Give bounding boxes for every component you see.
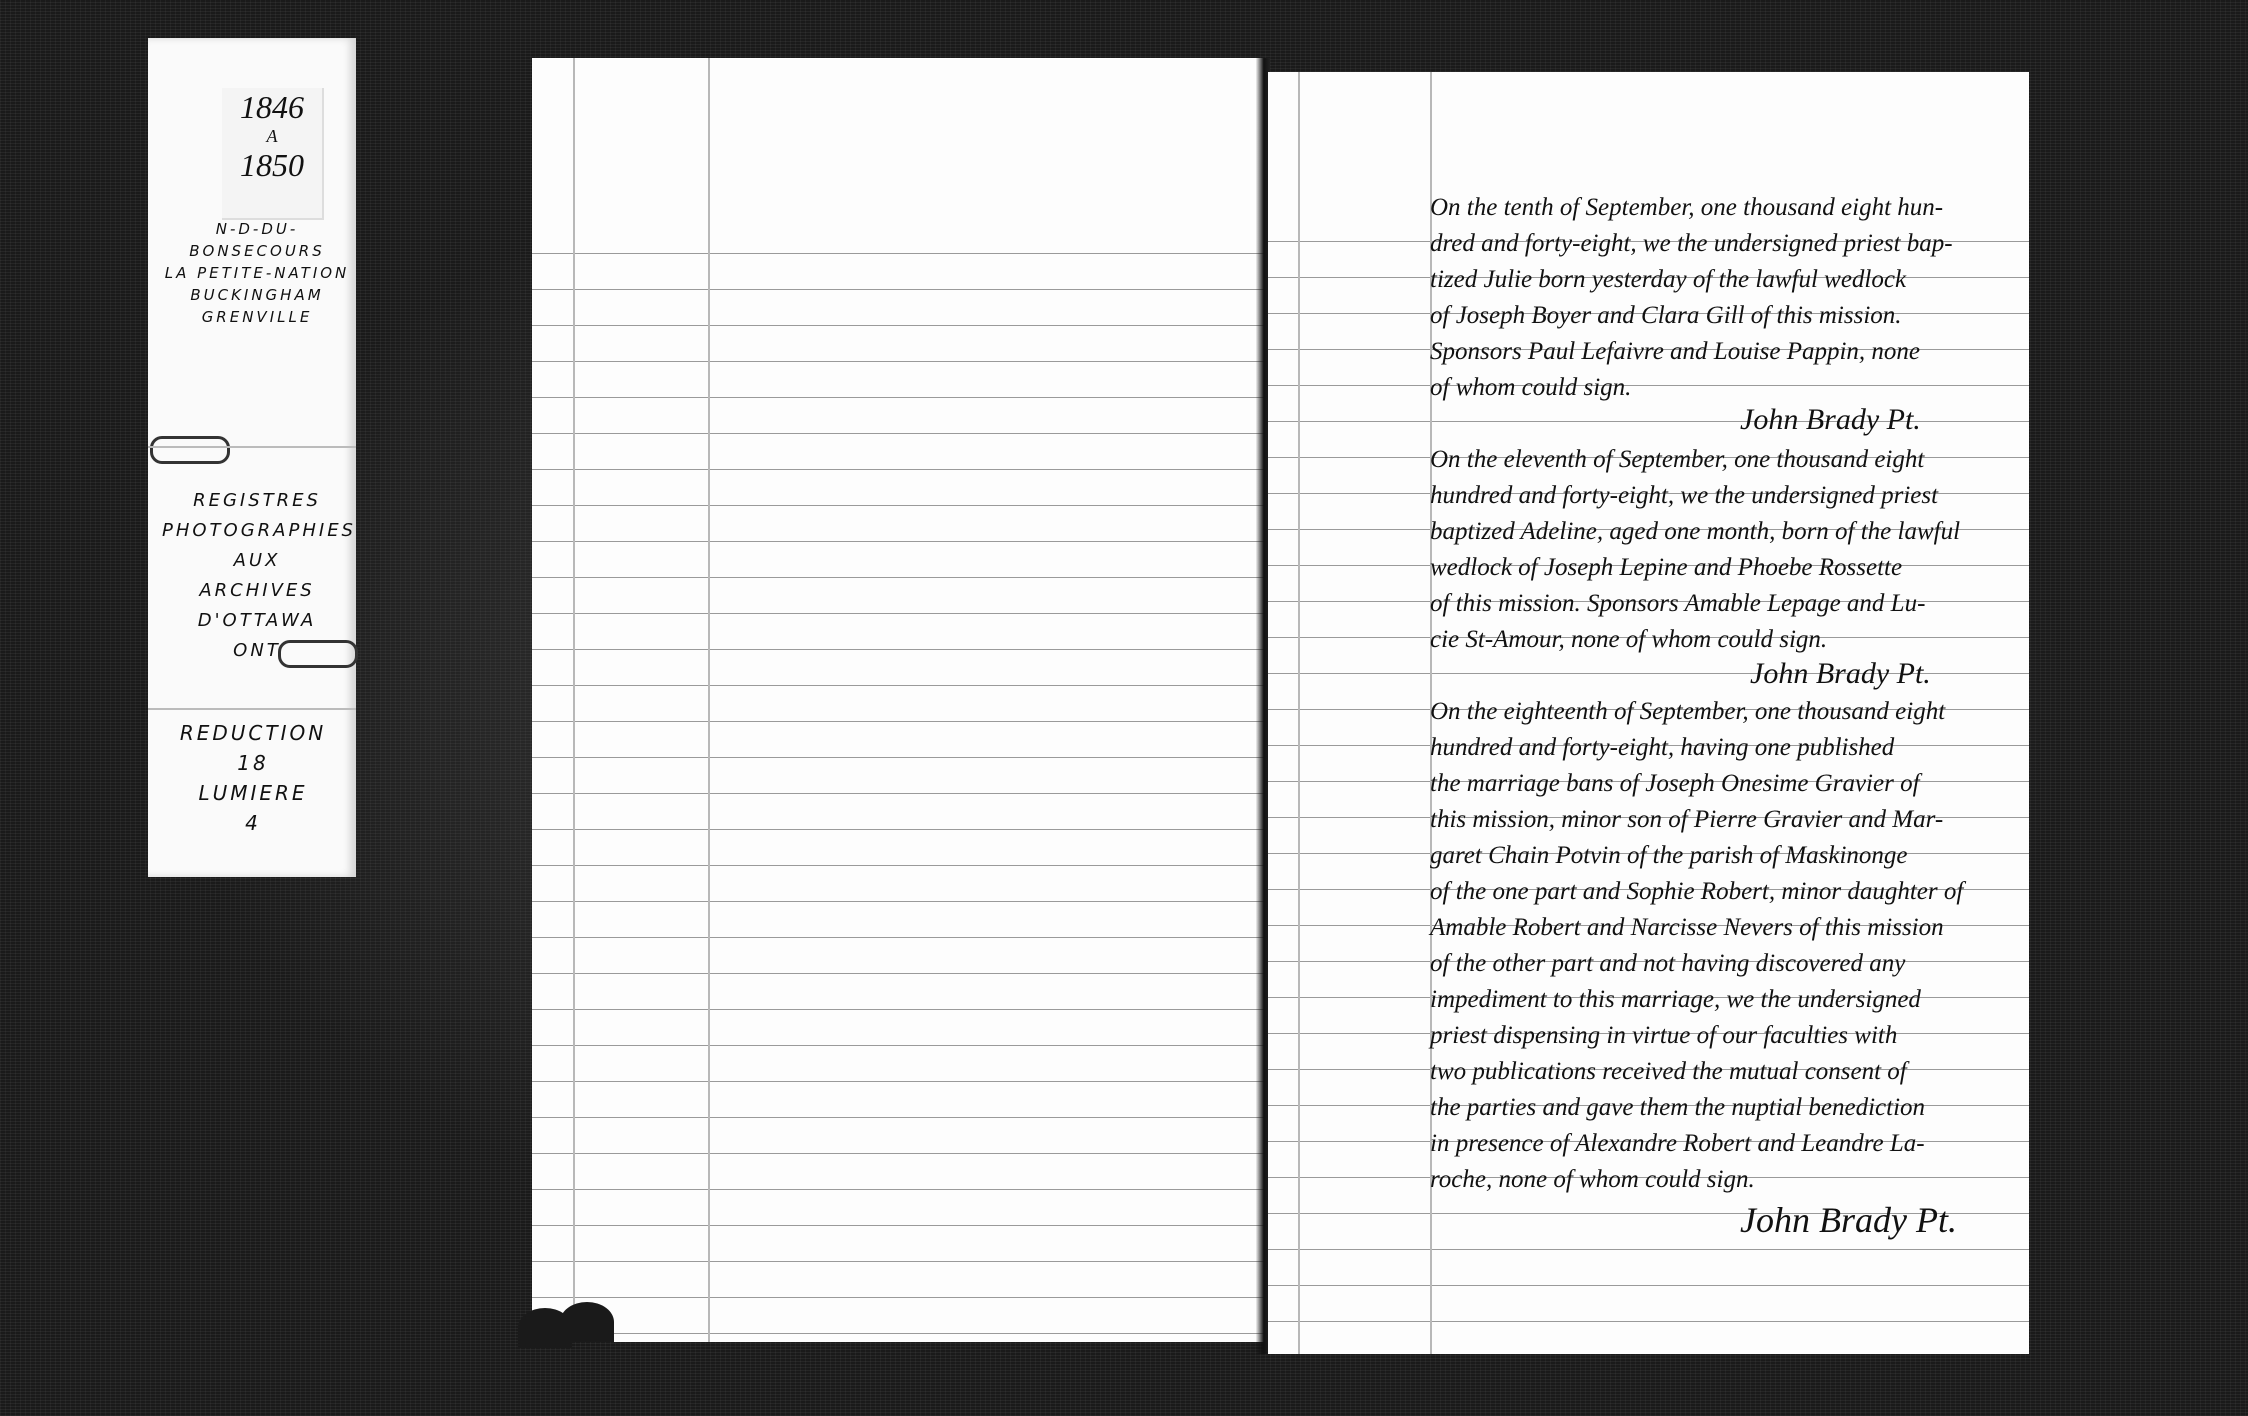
entry-line: of whom could sign. bbox=[1430, 370, 1631, 406]
card-archive-section: REGISTRES PHOTOGRAPHIES AUX ARCHIVES D'O… bbox=[148, 446, 356, 710]
reduction-label: REDUCTION bbox=[158, 718, 348, 748]
entry-line: On the eighteenth of September, one thou… bbox=[1430, 694, 1945, 730]
lumiere-label: LUMIERE bbox=[158, 778, 348, 808]
entry-line: dred and forty-eight, we the undersigned… bbox=[1430, 226, 1953, 262]
priest-signature: John Brady Pt. bbox=[1750, 656, 1931, 692]
entry-line: Sponsors Paul Lefaivre and Louise Pappin… bbox=[1430, 334, 1920, 370]
archive-note: REGISTRES PHOTOGRAPHIES AUX ARCHIVES D'O… bbox=[162, 486, 352, 666]
entry-line: baptized Adeline, aged one month, born o… bbox=[1430, 514, 1960, 550]
entry-line: impediment to this marriage, we the unde… bbox=[1430, 982, 1921, 1018]
entry-line: of the one part and Sophie Robert, minor… bbox=[1430, 874, 1963, 910]
archive-label-card: 1846 A 1850 N-D-DU-BONSECOURS LA PETITE-… bbox=[148, 38, 356, 877]
year-separator: A bbox=[222, 126, 322, 146]
margin-line bbox=[708, 58, 710, 1342]
archive-line: D'OTTAWA bbox=[162, 606, 352, 636]
entry-line: On the eleventh of September, one thousa… bbox=[1430, 442, 1924, 478]
entry-line: garet Chain Potvin of the parish of Mask… bbox=[1430, 838, 1908, 874]
entry-line: cie St-Amour, none of whom could sign. bbox=[1430, 622, 1827, 658]
entry-line: hundred and forty-eight, we the undersig… bbox=[1430, 478, 1938, 514]
page-header-space bbox=[532, 58, 1268, 218]
archive-line: AUX bbox=[162, 546, 352, 576]
margin-line bbox=[1298, 72, 1300, 1354]
entry-line: tized Julie born yesterday of the lawful… bbox=[1430, 262, 1906, 298]
reduction-value: 18 bbox=[158, 748, 348, 778]
parish-line: LA PETITE-NATION bbox=[162, 262, 352, 284]
archive-line: REGISTRES bbox=[162, 486, 352, 516]
entry-line: this mission, minor son of Pierre Gravie… bbox=[1430, 802, 1943, 838]
entry-line: hundred and forty-eight, having one publ… bbox=[1430, 730, 1894, 766]
entry-line: the marriage bans of Joseph Onesime Grav… bbox=[1430, 766, 1920, 802]
entry-line: On the tenth of September, one thousand … bbox=[1430, 190, 1943, 226]
lumiere-value: 4 bbox=[158, 808, 348, 838]
torn-corner bbox=[560, 1302, 614, 1342]
entry-line: Amable Robert and Narcisse Nevers of thi… bbox=[1430, 910, 1944, 946]
archive-line: ARCHIVES bbox=[162, 576, 352, 606]
entry-line: wedlock of Joseph Lepine and Phoebe Ross… bbox=[1430, 550, 1902, 586]
paper-clip-icon bbox=[278, 640, 358, 668]
entry-line: in presence of Alexandre Robert and Lean… bbox=[1430, 1126, 1925, 1162]
card-date-section: 1846 A 1850 N-D-DU-BONSECOURS LA PETITE-… bbox=[148, 38, 356, 438]
parish-names: N-D-DU-BONSECOURS LA PETITE-NATION BUCKI… bbox=[162, 218, 352, 328]
start-year: 1846 bbox=[222, 88, 322, 126]
entry-line: two publications received the mutual con… bbox=[1430, 1054, 1907, 1090]
priest-signature: John Brady Pt. bbox=[1740, 1202, 1957, 1238]
reduction-info: REDUCTION 18 LUMIERE 4 bbox=[158, 718, 348, 838]
entry-line: roche, none of whom could sign. bbox=[1430, 1162, 1755, 1198]
priest-signature: John Brady Pt. bbox=[1740, 402, 1921, 438]
card-reduction-section: REDUCTION 18 LUMIERE 4 bbox=[148, 708, 356, 877]
parish-line: BUCKINGHAM bbox=[162, 284, 352, 306]
parish-line: N-D-DU-BONSECOURS bbox=[162, 218, 352, 262]
entry-line: priest dispensing in virtue of our facul… bbox=[1430, 1018, 1897, 1054]
archive-line: PHOTOGRAPHIES bbox=[162, 516, 352, 546]
page-header-space bbox=[1268, 72, 2029, 206]
entry-line: of the other part and not having discove… bbox=[1430, 946, 1905, 982]
end-year: 1850 bbox=[222, 146, 322, 184]
entry-line: the parties and gave them the nuptial be… bbox=[1430, 1090, 1925, 1126]
entry-line: of Joseph Boyer and Clara Gill of this m… bbox=[1430, 298, 1902, 334]
year-range: 1846 A 1850 bbox=[222, 88, 324, 220]
entry-line: of this mission. Sponsors Amable Lepage … bbox=[1430, 586, 1925, 622]
left-ledger-page bbox=[532, 58, 1268, 1342]
margin-line bbox=[573, 58, 575, 1342]
parish-line: GRENVILLE bbox=[162, 306, 352, 328]
